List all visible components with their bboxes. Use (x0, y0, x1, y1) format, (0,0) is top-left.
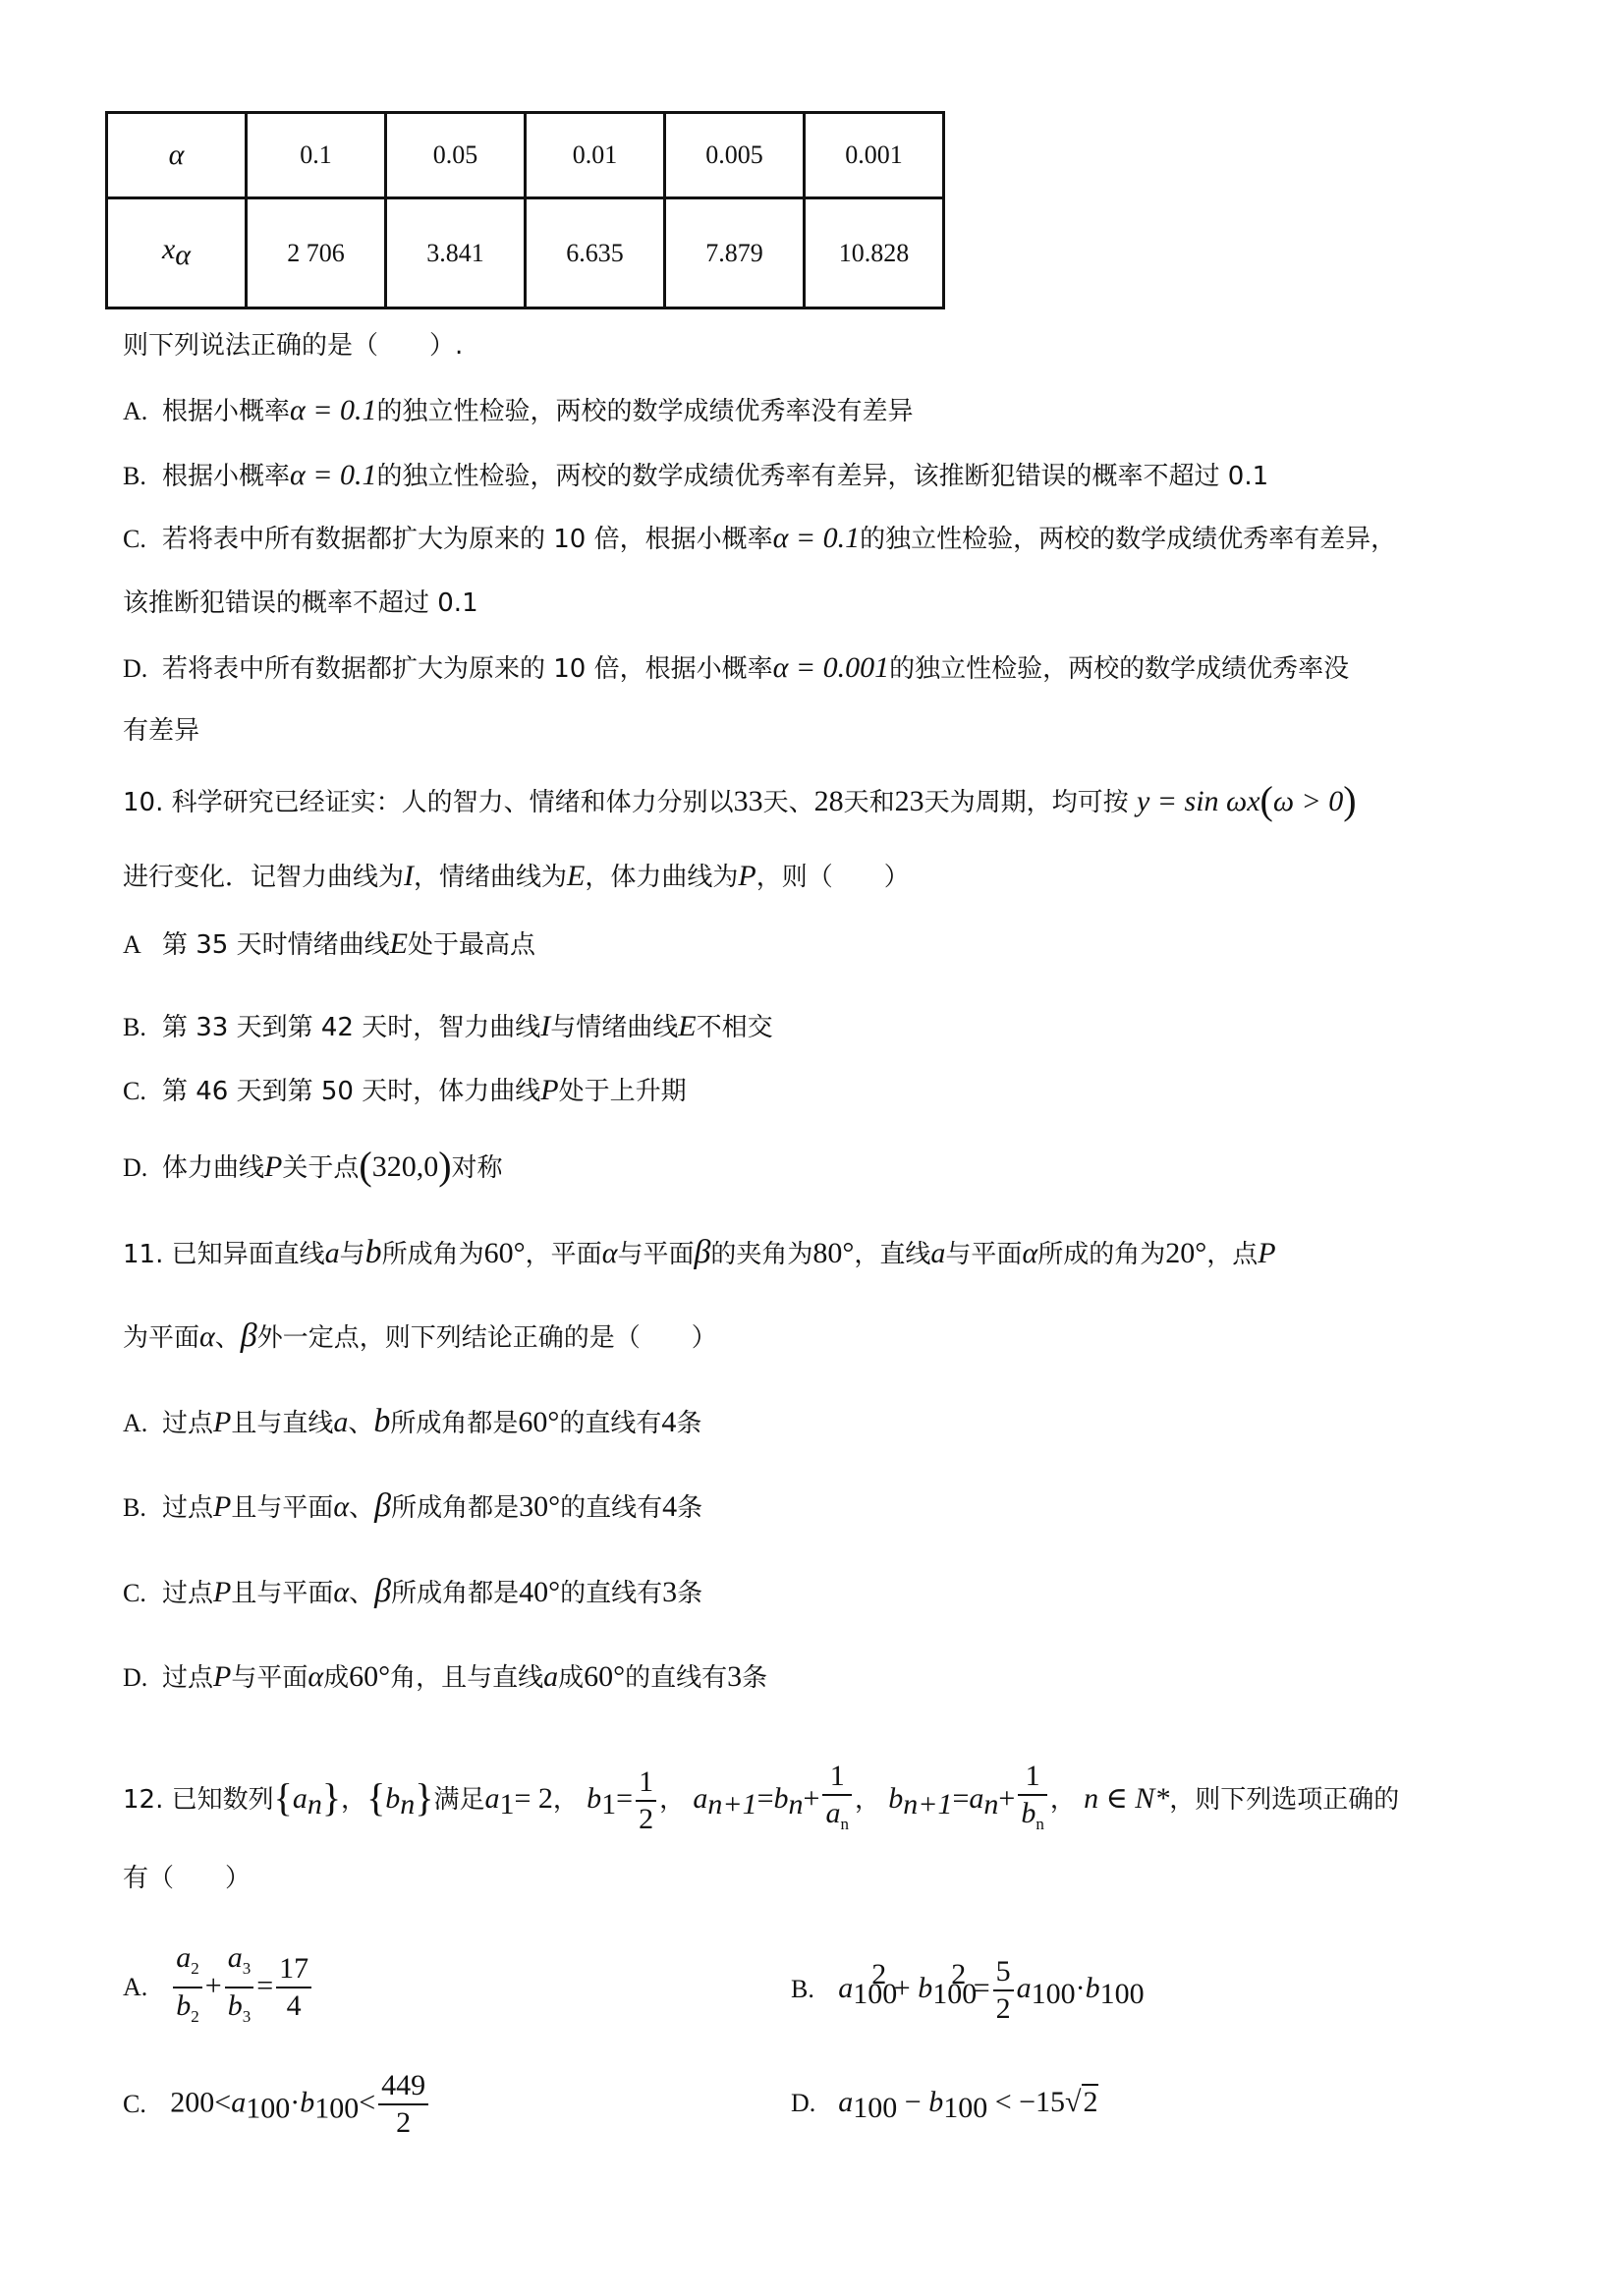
q11-option-a: A.过点P且与直线a、b所成角都是60°的直线有4条 (123, 1405, 701, 1440)
critical-value-table: α 0.1 0.05 0.01 0.005 0.001 xα 2 706 3.8… (105, 111, 945, 309)
fraction: 1an (822, 1759, 852, 1842)
q9-option-c-cont: 该推断犯错误的概率不超过 0.1 (123, 587, 478, 620)
sine-formula: y = sin ωx (1137, 785, 1260, 817)
q11-option-d: D.过点P与平面α成60°角，且与直线a成60°的直线有3条 (123, 1660, 767, 1695)
q11-option-b: B.过点P且与平面α、β所成角都是30°的直线有4条 (123, 1489, 702, 1525)
q9-option-c: C.若将表中所有数据都扩大为原来的 10 倍，根据小概率α = 0.1的独立性检… (123, 522, 1396, 556)
fraction: 1bn (1018, 1759, 1047, 1842)
table-header-alpha: α (107, 113, 247, 198)
sqrt-icon: √ (1065, 2086, 1081, 2118)
q12-option-a: A. a2b2+a3b3=174 (123, 1940, 314, 2035)
q12-option-b: B. a1002 + b1002 =52a100·b100 (791, 1940, 1145, 2029)
q9-option-a: A.根据小概率α = 0.1的独立性检验，两校的数学成绩优秀率没有差异 (123, 394, 914, 428)
question-number: 10. (123, 788, 163, 817)
q9-stem: 则下列说法正确的是（ ）. (123, 329, 463, 363)
table-cell: 3.841 (386, 198, 526, 308)
question-number: 12. (123, 1785, 163, 1815)
q10-option-b: B.第 33 天到第 42 天时，智力曲线I与情绪曲线E不相交 (123, 1010, 773, 1044)
q12-option-d: D. a100 − b100 < −15√2 (791, 2068, 1098, 2143)
q9-option-d: D.若将表中所有数据都扩大为原来的 10 倍，根据小概率α = 0.001的独立… (123, 651, 1349, 686)
q9-option-b: B.根据小概率α = 0.1的独立性检验，两校的数学成绩优秀率有差异，该推断犯错… (123, 459, 1268, 493)
table-cell: 6.635 (526, 198, 665, 308)
table-cell: 0.001 (805, 113, 944, 198)
table-cell: 0.005 (665, 113, 805, 198)
table-cell: 7.879 (665, 198, 805, 308)
q10-stem-line1: 10. 科学研究已经证实：人的智力、情绪和体力分别以33天、28天和23天为周期… (123, 784, 1357, 819)
q10-option-a: A第 35 天时情绪曲线E处于最高点 (123, 927, 535, 962)
q11-stem-line1: 11. 已知异面直线a与b所成角为60°，平面α与平面β的夹角为80°，直线a与… (123, 1236, 1276, 1271)
table-cell: 0.05 (386, 113, 526, 198)
table-header-x-alpha: xα (107, 198, 247, 308)
table-cell: 0.1 (247, 113, 386, 198)
q9-option-d-cont: 有差异 (123, 714, 199, 748)
q12-stem-line2: 有（ ） (123, 1862, 251, 1895)
q11-stem-line2: 为平面α、β外一定点，则下列结论正确的是（ ） (123, 1319, 717, 1355)
q11-option-c: C.过点P且与平面α、β所成角都是40°的直线有3条 (123, 1575, 702, 1610)
q12-stem-line1: 12. 已知数列{an}，{bn}满足a1= 2， b1=12， an+1=bn… (123, 1759, 1399, 1842)
table-cell: 10.828 (805, 198, 944, 308)
fraction: 12 (636, 1764, 656, 1837)
q10-option-c: C.第 46 天到第 50 天时，体力曲线P处于上升期 (123, 1074, 687, 1108)
q10-stem-line2: 进行变化．记智力曲线为I，情绪曲线为E，体力曲线为P，则（ ） (123, 860, 910, 894)
table-row-x-alpha: xα 2 706 3.841 6.635 7.879 10.828 (107, 198, 944, 308)
q10-option-d: D.体力曲线P关于点(320,0)对称 (123, 1149, 503, 1185)
table-cell: 0.01 (526, 113, 665, 198)
question-number: 11. (123, 1240, 163, 1269)
table-cell: 2 706 (247, 198, 386, 308)
q12-option-c: C. 200<a100·b100<4492 (123, 2068, 431, 2144)
table-row-alpha: α 0.1 0.05 0.01 0.005 0.001 (107, 113, 944, 198)
